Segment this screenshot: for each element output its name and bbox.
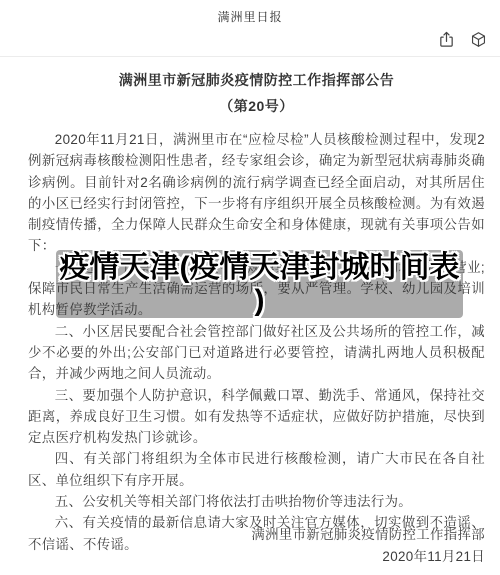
publish-date: 2020年11月21日 xyxy=(251,546,485,568)
article-paragraph: 四、有关部门将组织为全体市民进行核酸检测，请广大市民在各自社区、单位组织下有序开… xyxy=(28,448,485,491)
article-paragraph: 三、要加强个人防护意识，科学佩戴口罩、勤洗手、常通风，保持社交距离，养成良好卫生… xyxy=(28,385,485,449)
cube-icon xyxy=(470,31,487,48)
article-title: 满洲里市新冠肺炎疫情防控工作指挥部公告 xyxy=(28,70,485,90)
article: 满洲里市新冠肺炎疫情防控工作指挥部公告 （第20号） 2020年11月21日，满… xyxy=(0,57,500,555)
article-body: 2020年11月21日，满洲里市在“应检尽检”人员核酸检测过程中，发现2例新冠病… xyxy=(28,129,485,555)
article-issue-number: （第20号） xyxy=(28,96,485,116)
article-paragraph: 一、近日，严禁聚餐、宴会等大规模集聚活动。公共活动场所暂停营业;保障市民日常生产… xyxy=(28,257,485,321)
source-title: 满洲里日报 xyxy=(217,8,282,25)
article-paragraph: 2020年11月21日，满洲里市在“应检尽检”人员核酸检测过程中，发现2例新冠病… xyxy=(28,129,485,257)
toolbar xyxy=(0,27,500,56)
article-paragraph: 二、小区居民要配合社会管控部门做好社区及公共场所的管控工作，减少不必要的外出;公… xyxy=(28,321,485,385)
signature: 满洲里市新冠肺炎疫情防控工作指挥部 xyxy=(251,524,485,546)
app-header: 满洲里日报 xyxy=(0,0,500,27)
article-paragraph: 五、公安机关等相关部门将依法打击哄抬物价等违法行为。 xyxy=(28,491,485,512)
article-footer: 满洲里市新冠肺炎疫情防控工作指挥部 2020年11月21日 xyxy=(251,524,485,568)
cube-button[interactable] xyxy=(470,31,487,48)
share-icon xyxy=(438,31,455,48)
share-button[interactable] xyxy=(438,31,455,48)
